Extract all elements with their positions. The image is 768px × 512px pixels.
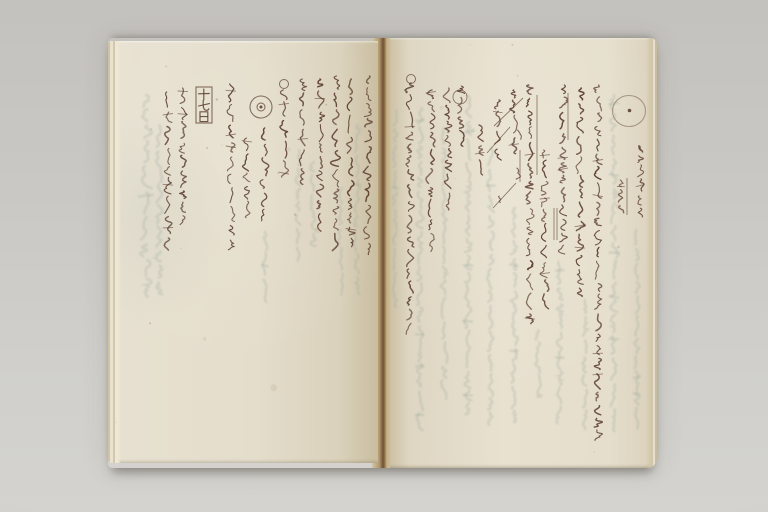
correction-kana [499, 196, 501, 202]
ghost-column [556, 262, 563, 424]
ghost-column [464, 95, 472, 414]
column-head-circle [280, 80, 289, 89]
circled-dot-mark [613, 96, 646, 127]
ink-column-R9 [493, 100, 502, 160]
ink-column-R13 [426, 90, 436, 252]
ink-column-L7 [260, 128, 269, 221]
ink-column-L6 [279, 90, 289, 177]
ghost-column [262, 232, 267, 302]
ink-column-L5 [298, 79, 308, 184]
ink-column-L1 [363, 76, 372, 255]
ink-column-L8 [242, 138, 252, 218]
correction-kana [518, 130, 522, 139]
ink-column-R11 [457, 86, 464, 146]
handwriting-layer [0, 0, 768, 512]
ghost-column [156, 125, 163, 294]
ghost-column [392, 110, 397, 307]
ghost-column [610, 95, 619, 431]
ink-column-L9 [226, 84, 236, 250]
column-head-circle [407, 75, 416, 84]
ghost-column [353, 125, 360, 294]
ink-column-R1 [636, 146, 644, 217]
ghost-column [310, 162, 316, 246]
ink-column-R10 [475, 125, 484, 175]
ink-column-R5 [558, 85, 568, 254]
ink-column-L11 [163, 92, 173, 250]
bleedthrough-layer [139, 95, 640, 431]
ink-column-R4 [575, 88, 585, 297]
ink-column-R6 [540, 150, 550, 309]
ink-column-R14 [405, 83, 415, 334]
date-box [196, 87, 212, 123]
ghost-column [510, 208, 518, 422]
ghost-column [296, 150, 301, 261]
ink-column-L10 [178, 88, 188, 225]
ink-column-R7 [525, 85, 535, 324]
ink-column-R8 [509, 90, 519, 154]
ink-column-L2 [346, 79, 356, 247]
correction-slash [487, 127, 510, 153]
ghost-column [139, 95, 153, 297]
ghost-column [535, 330, 540, 397]
ghost-column [634, 230, 640, 429]
photo-scene: Photograph of an open Japanese bound man… [0, 0, 768, 512]
ghost-column [487, 148, 494, 425]
ghost-column [582, 300, 587, 429]
double-circled-dot-mark [250, 96, 272, 118]
ink-column-L4 [315, 79, 325, 231]
ink-column-R3 [593, 85, 603, 440]
ghost-column [416, 108, 424, 430]
ghost-column [338, 188, 343, 295]
correction-slash [493, 183, 516, 208]
